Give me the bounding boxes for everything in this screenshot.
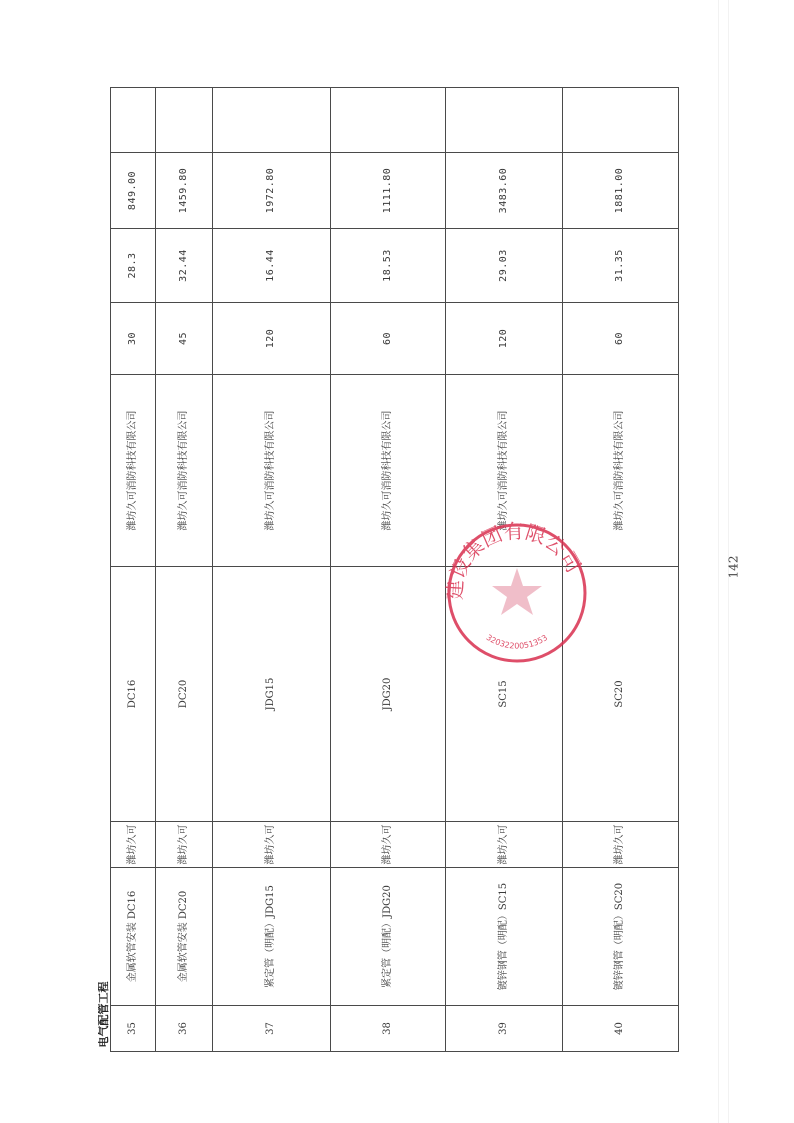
unit-price-cell: 32.44 <box>156 229 213 303</box>
unit-price-cell: 28.3 <box>111 229 156 303</box>
section-title: 电气配管工程 <box>98 88 111 1052</box>
seq-cell: 35 <box>111 1006 156 1052</box>
brand-cell: 潍坊久可 <box>446 822 563 868</box>
star-icon <box>492 568 542 615</box>
unit-price-cell: 31.35 <box>563 229 679 303</box>
remark-cell <box>446 88 563 153</box>
total-cell: 1459.80 <box>156 153 213 229</box>
stamp-code: 3203220051353 <box>485 633 550 651</box>
total-cell: 1111.80 <box>331 153 446 229</box>
item-name-cell: 镀锌钢管（明配）SC20 <box>563 868 679 1006</box>
supplier-cell: 潍坊久可消防科技有限公司 <box>111 375 156 567</box>
quantity-cell: 45 <box>156 303 213 375</box>
item-name-cell: 金属软管安装 DC20 <box>156 868 213 1006</box>
scan-artifact-line <box>718 0 719 1123</box>
seq-cell: 36 <box>156 1006 213 1052</box>
brand-cell: 潍坊久可 <box>111 822 156 868</box>
total-cell: 3483.60 <box>446 153 563 229</box>
remark-cell <box>111 88 156 153</box>
supplier-cell: 潍坊久可消防科技有限公司 <box>213 375 331 567</box>
item-name-cell: 金属软管安装 DC16 <box>111 868 156 1006</box>
unit-price-cell: 29.03 <box>446 229 563 303</box>
total-cell: 1972.80 <box>213 153 331 229</box>
page-number: 142 <box>726 556 740 579</box>
item-name-cell: 镀锌钢管（明配）SC15 <box>446 868 563 1006</box>
table-row: 37紧定管（明配）JDG15潍坊久可JDG15潍坊久可消防科技有限公司12016… <box>213 88 331 1052</box>
quantity-cell: 60 <box>331 303 446 375</box>
company-seal-stamp: 建设集团有限公司 3203220051353 <box>442 518 592 668</box>
quantity-cell: 120 <box>446 303 563 375</box>
unit-price-cell: 18.53 <box>331 229 446 303</box>
seq-cell: 38 <box>331 1006 446 1052</box>
quantity-cell: 60 <box>563 303 679 375</box>
spec-cell: DC20 <box>156 567 213 822</box>
item-name-cell: 紧定管（明配）JDG20 <box>331 868 446 1006</box>
table-row: 38紧定管（明配）JDG20潍坊久可JDG20潍坊久可消防科技有限公司6018.… <box>331 88 446 1052</box>
remark-cell <box>213 88 331 153</box>
total-cell: 1881.00 <box>563 153 679 229</box>
brand-cell: 潍坊久可 <box>213 822 331 868</box>
quantity-cell: 120 <box>213 303 331 375</box>
item-name-cell: 紧定管（明配）JDG15 <box>213 868 331 1006</box>
supplier-cell: 潍坊久可消防科技有限公司 <box>156 375 213 567</box>
seq-cell: 37 <box>213 1006 331 1052</box>
brand-cell: 潍坊久可 <box>156 822 213 868</box>
seq-cell: 40 <box>563 1006 679 1052</box>
remark-cell <box>563 88 679 153</box>
table-row: 35金属软管安装 DC16潍坊久可DC16潍坊久可消防科技有限公司3028.38… <box>111 88 156 1052</box>
section-title-row: 电气配管工程 <box>98 88 111 1052</box>
brand-cell: 潍坊久可 <box>563 822 679 868</box>
seq-cell: 39 <box>446 1006 563 1052</box>
table-row: 36金属软管安装 DC20潍坊久可DC20潍坊久可消防科技有限公司4532.44… <box>156 88 213 1052</box>
remark-cell <box>156 88 213 153</box>
brand-cell: 潍坊久可 <box>331 822 446 868</box>
remark-cell <box>331 88 446 153</box>
supplier-cell: 潍坊久可消防科技有限公司 <box>331 375 446 567</box>
spec-cell: JDG20 <box>331 567 446 822</box>
quantity-cell: 30 <box>111 303 156 375</box>
spec-cell: JDG15 <box>213 567 331 822</box>
total-cell: 849.00 <box>111 153 156 229</box>
spec-cell: DC16 <box>111 567 156 822</box>
unit-price-cell: 16.44 <box>213 229 331 303</box>
